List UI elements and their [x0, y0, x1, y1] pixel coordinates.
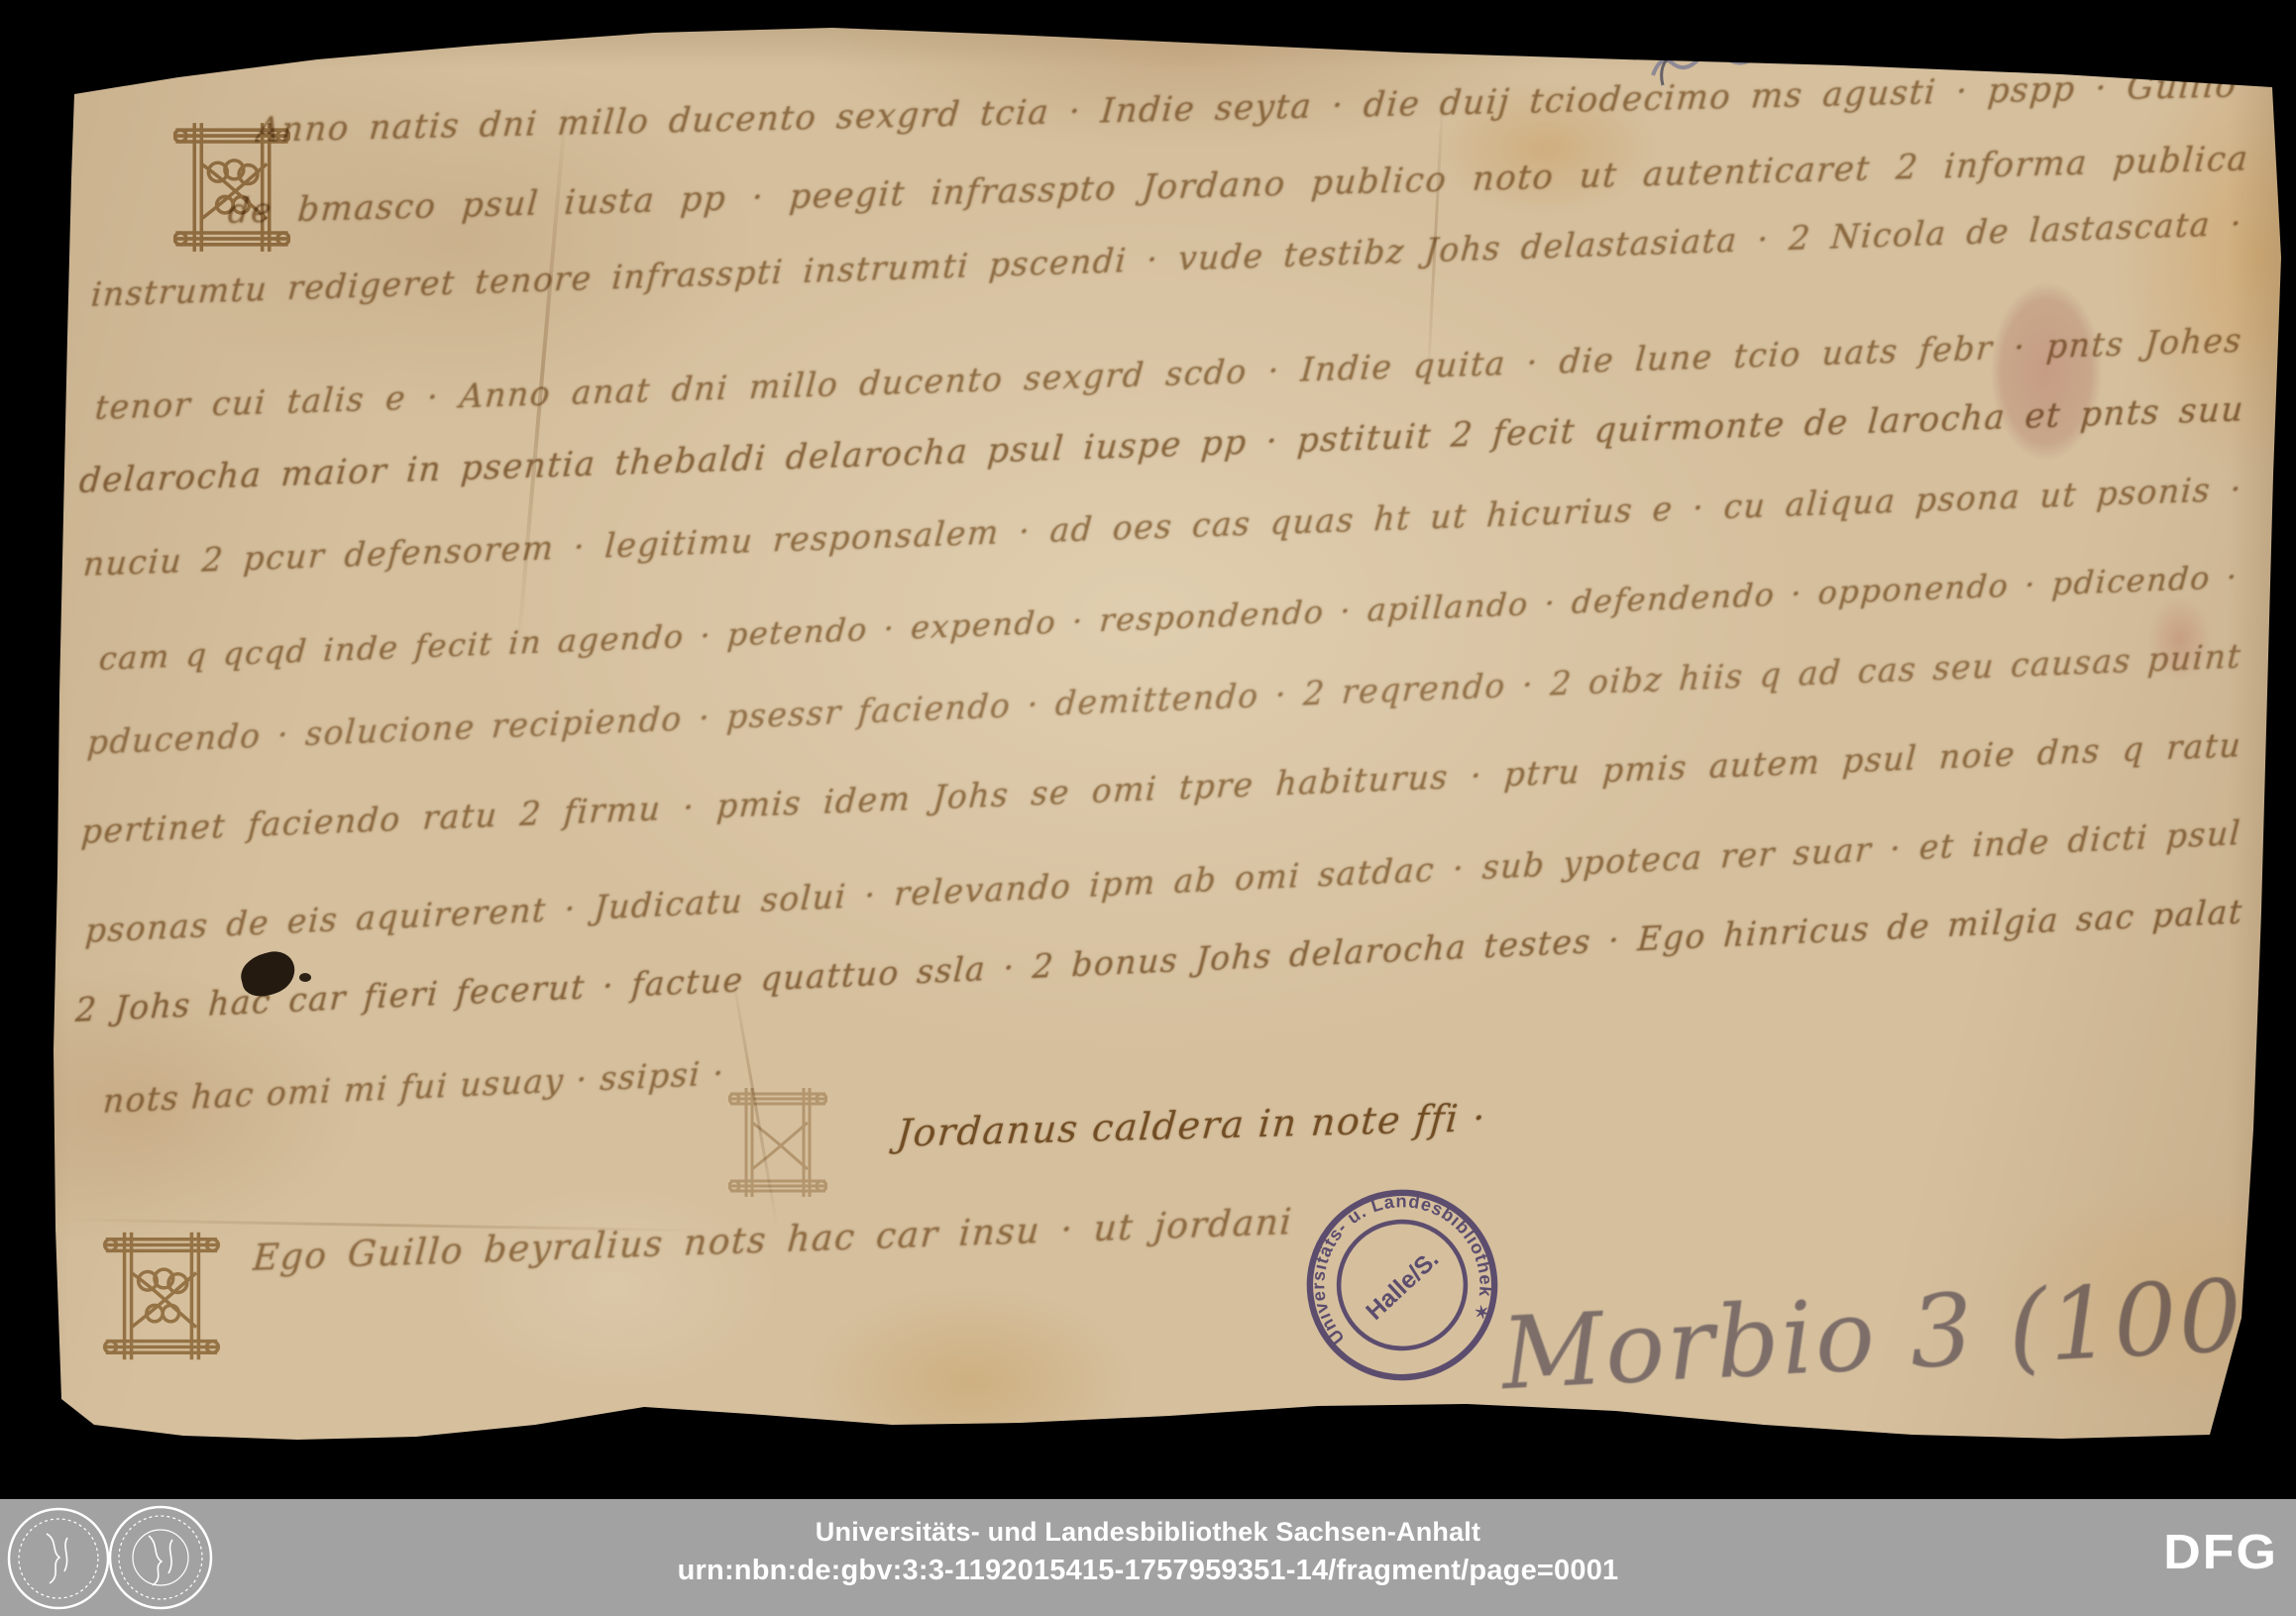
ink-blot: [299, 973, 311, 982]
notary-signature-line: Jordanus caldera in note ffi ·: [895, 1096, 1487, 1155]
dfg-logo: DFG: [2163, 1525, 2278, 1581]
notary-mark-icon: [728, 1068, 827, 1217]
manuscript-line: Anno natis dni millo ducento sexgrd tcia…: [254, 66, 2239, 152]
stamp-center-text: Halle/S.: [1362, 1245, 1445, 1325]
library-stamp: Universitäts- u. Landesbibliothek ✶ Hall…: [1284, 1167, 1519, 1402]
pencil-scribble-icon: [1647, 46, 1766, 89]
footer-library-name: Universitäts- und Landesbibliothek Sachs…: [0, 1517, 2296, 1548]
parchment-scan: Anno natis dni millo ducento sexgrd tcia…: [0, 0, 2296, 1616]
footer-bar: Universitäts- und Landesbibliothek Sachs…: [0, 1499, 2296, 1616]
stamp-ring-text: Universitäts- u. Landesbibliothek ✶: [1295, 1178, 1503, 1351]
svg-text:Universitäts- u. Landesbibliot: Universitäts- u. Landesbibliothek ✶: [1295, 1178, 1503, 1351]
footer-urn: urn:nbn:de:gbv:3:3-1192015415-1757959351…: [0, 1555, 2296, 1587]
pencil-shelfmark: Morbio 3 (100): [1498, 1260, 2197, 1412]
manuscript-line: nots hac omi mi fui usuay · ssipsi ·: [102, 1053, 726, 1121]
notary-mark-icon: [101, 1221, 222, 1371]
